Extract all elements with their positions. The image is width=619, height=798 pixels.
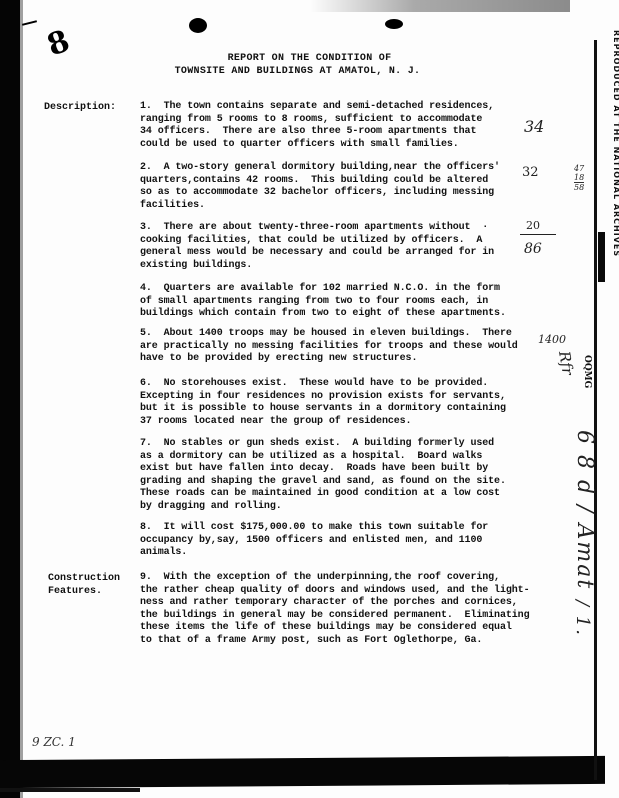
handwritten-file-suffix: / 1. — [572, 600, 593, 637]
section-label-construction: Construction Features. — [48, 572, 120, 598]
margin-note-86: 86 — [524, 241, 542, 257]
punch-hole-icon — [189, 18, 207, 33]
report-title-line-2: TOWNSITE AND BUILDINGS AT AMATOL, N. J. — [0, 65, 619, 78]
scan-border-bottom-edge — [0, 788, 140, 792]
paragraph-6: 6. No storehouses exist. These would hav… — [140, 378, 540, 428]
oqmg-stamp: OQMG — [582, 355, 592, 388]
scan-border-bottom — [0, 756, 605, 788]
margin-fraction-line — [520, 234, 556, 235]
paragraph-5: 5. About 1400 troops may be housed in el… — [140, 328, 540, 366]
margin-note-20: 20 — [526, 219, 540, 232]
report-title: REPORT ON THE CONDITION OF TOWNSITE AND … — [0, 52, 619, 78]
scan-border-left — [0, 0, 20, 798]
section-label-construction-line-1: Construction — [48, 572, 120, 585]
margin-note-1400: 1400 — [538, 333, 566, 346]
report-title-line-1: REPORT ON THE CONDITION OF — [0, 52, 619, 65]
paragraph-7: 7. No stables or gun sheds exist. A buil… — [140, 438, 540, 513]
margin-sum-total: 58 — [574, 182, 584, 192]
margin-note-34: 34 — [524, 117, 544, 136]
scan-border-left-shadow — [20, 0, 23, 798]
handwritten-bottom-note: 9 ZC. 1 — [32, 735, 76, 749]
paragraph-8: 8. It will cost $175,000.00 to make this… — [140, 522, 540, 560]
paragraph-3: 3. There are about twenty-three-room apa… — [140, 222, 540, 272]
margin-sum: 47 18 58 — [574, 164, 584, 192]
scan-border-right — [594, 40, 597, 780]
section-label-description: Description: — [44, 101, 116, 114]
punch-hole-icon — [385, 19, 403, 29]
section-label-construction-line-2: Features. — [48, 585, 120, 598]
pencil-mark — [22, 20, 37, 26]
margin-sum-top: 47 — [574, 164, 584, 173]
paragraph-9: 9. With the exception of the underpinnin… — [140, 572, 560, 647]
paragraph-2: 2. A two-story general dormitory buildin… — [140, 162, 540, 212]
scanned-page: 8 REPRODUCED AT THE NATIONAL ARCHIVES RE… — [0, 0, 619, 798]
paragraph-1: 1. The town contains separate and semi-d… — [140, 101, 540, 151]
paragraph-4: 4. Quarters are available for 102 marrie… — [140, 283, 540, 321]
margin-sum-mid: 18 — [574, 173, 584, 182]
scan-border-right-block — [598, 232, 605, 282]
handwritten-initials: Rfr — [555, 350, 577, 377]
scan-top-smudge — [310, 0, 570, 12]
handwritten-file-number: 6 8 d / Amat — [572, 430, 597, 590]
margin-note-32: 32 — [522, 165, 539, 180]
